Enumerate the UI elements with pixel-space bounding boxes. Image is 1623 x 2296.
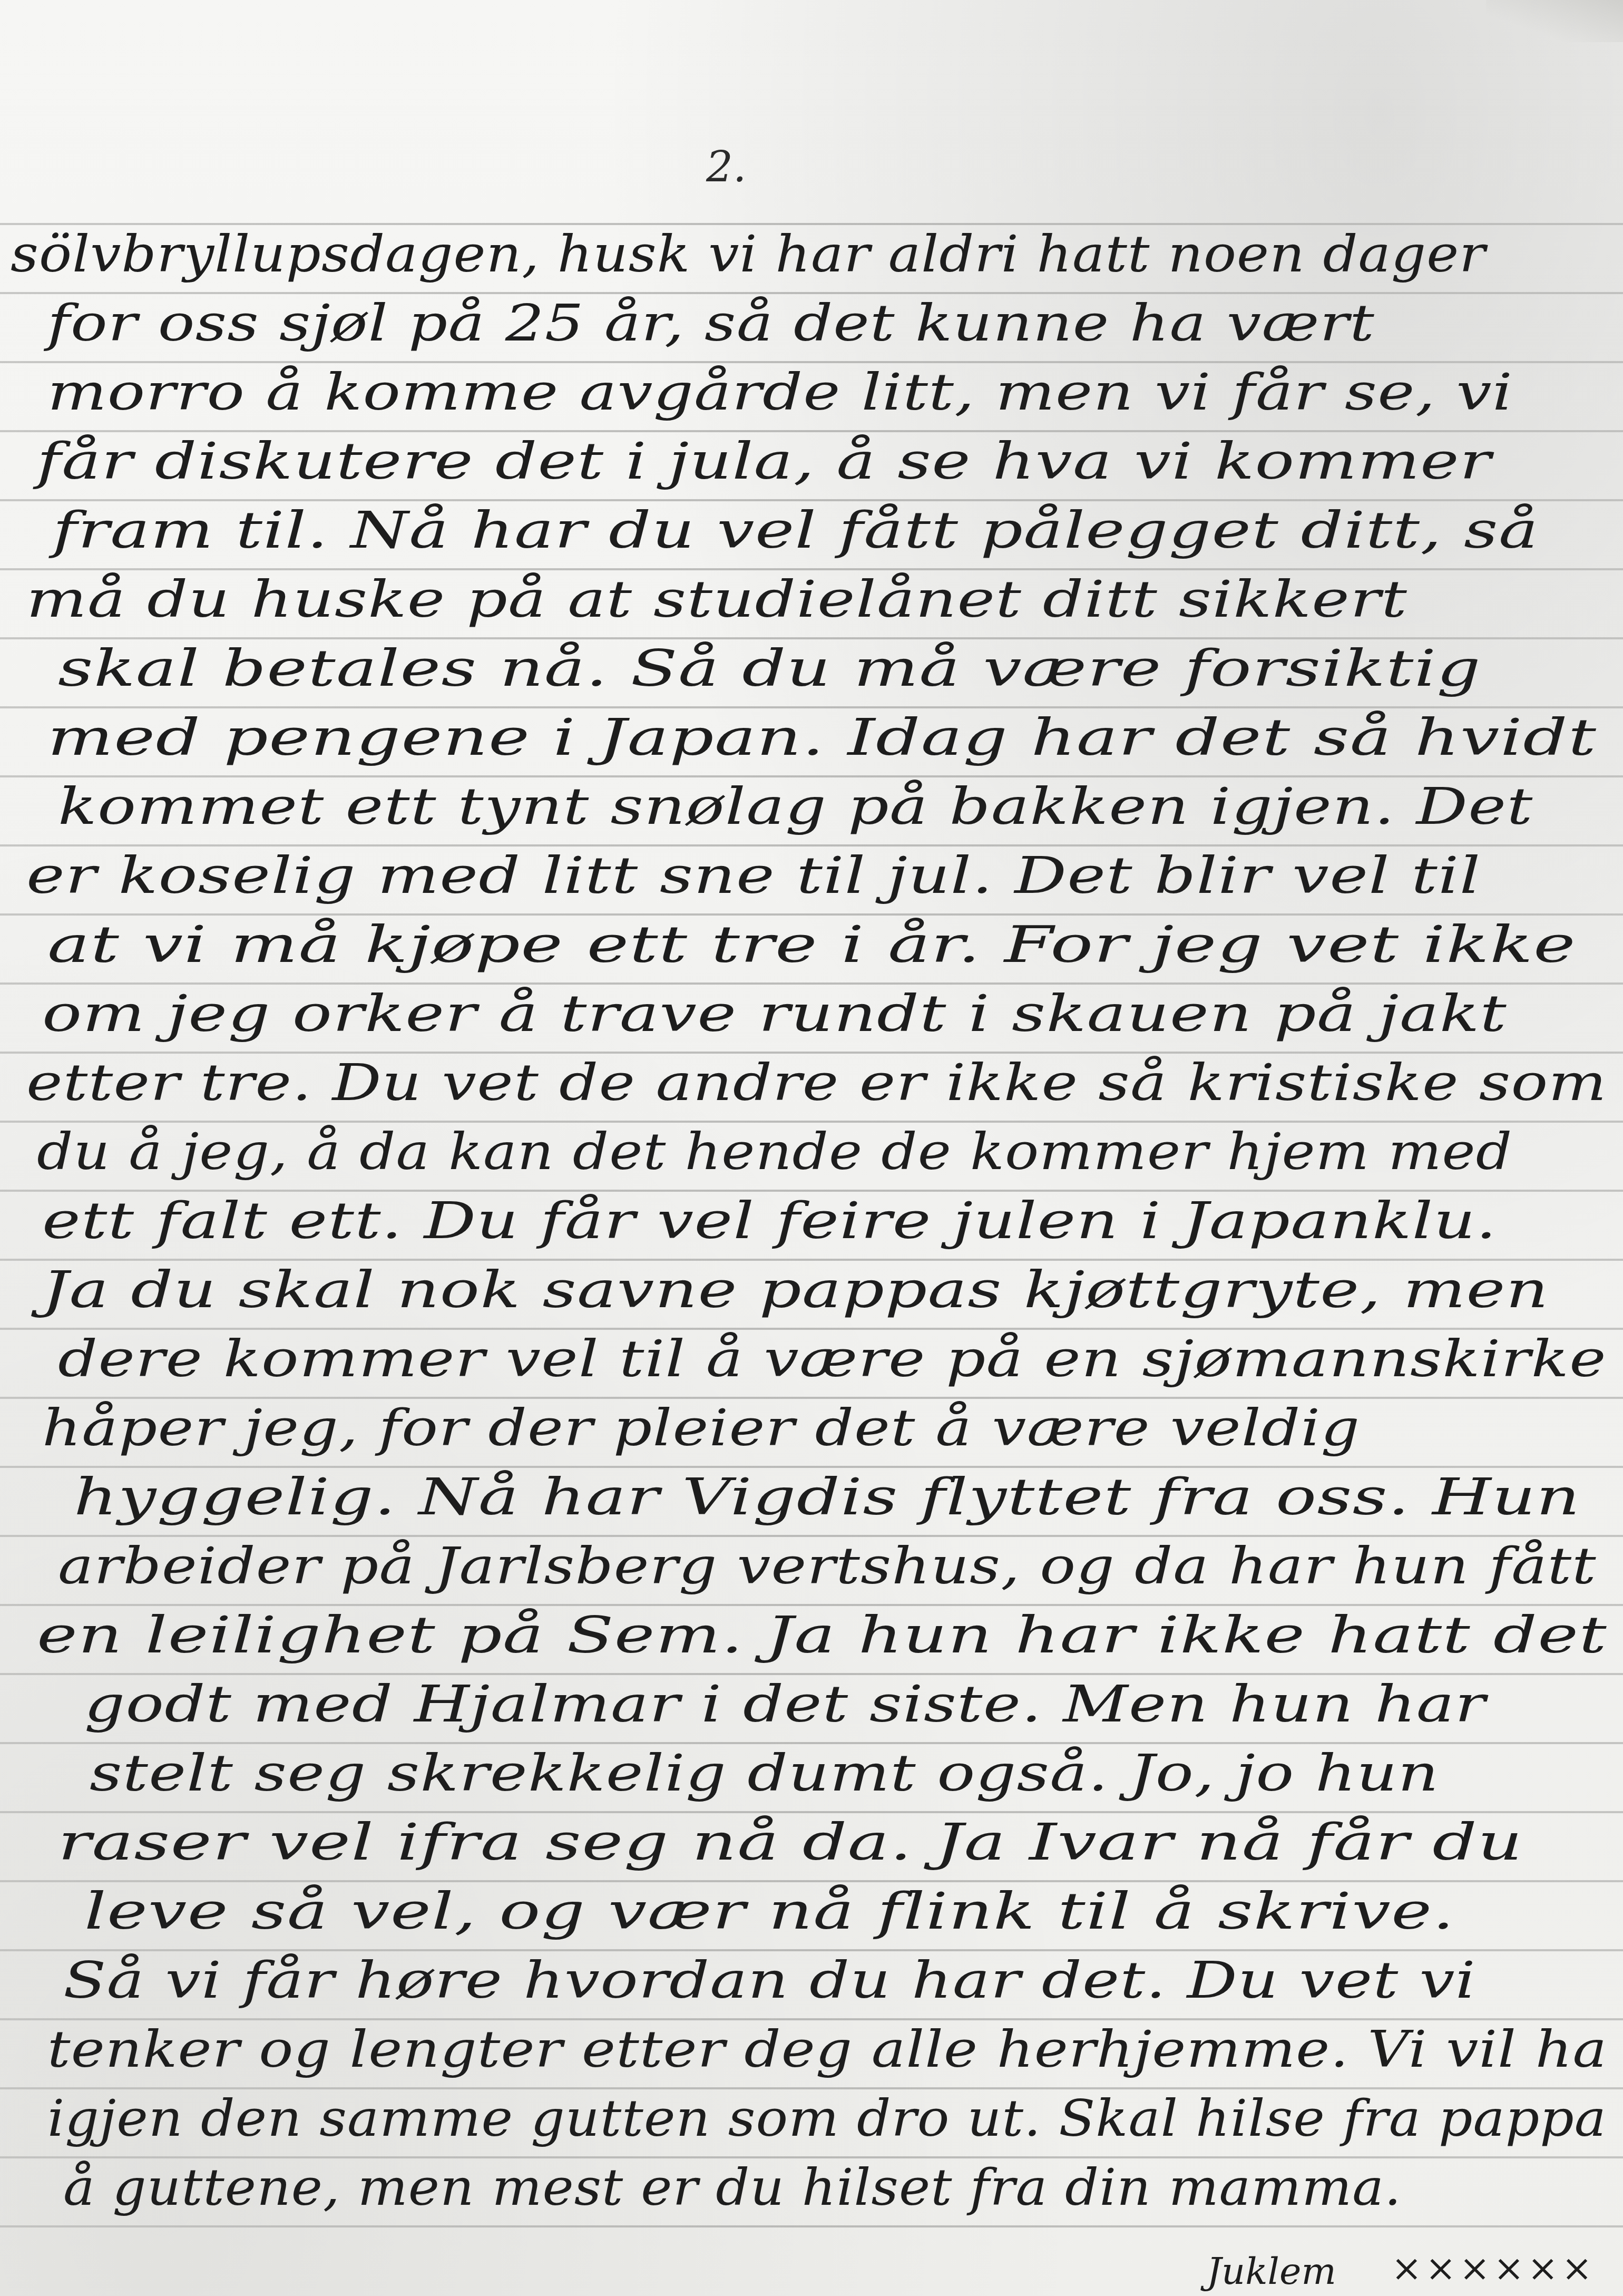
letter-line: Så vi får høre hvordan du har det. Du ve… [63, 1951, 1476, 2010]
letter-line: dere kommer vel til å være på en sjømann… [58, 1329, 1607, 1388]
letter-line: Ja du skal nok savne pappas kjøttgryte, … [42, 1260, 1549, 1319]
letter-line: morro å komme avgårde litt, men vi får s… [47, 363, 1513, 422]
letter-line: ett falt ett. Du får vel feire julen i J… [42, 1191, 1497, 1250]
letter-line: håper jeg, for der pleier det å være vel… [42, 1398, 1360, 1457]
letter-line: er koselig med litt sne til jul. Det bli… [26, 846, 1481, 905]
kisses: ×××××× [1391, 2246, 1596, 2290]
letter-line: leve så vel, og vær nå flink til å skriv… [84, 1882, 1455, 1941]
letter-line: sölvbryllupsdagen, husk vi har aldri hat… [11, 225, 1486, 284]
letter-line: en leilighet på Sem. Ja hun har ikke hat… [37, 1606, 1607, 1665]
folded-corner [1486, 0, 1623, 42]
page-number: 2. [706, 142, 746, 191]
letter-line: å guttene, men mest er du hilset fra din… [63, 2158, 1402, 2217]
letter-line: etter tre. Du vet de andre er ikke så kr… [26, 1053, 1607, 1112]
letter-line: om jeg orker å trave rundt i skauen på j… [42, 984, 1507, 1043]
letter-line: får diskutere det i jula, å se hva vi ko… [37, 432, 1492, 491]
letter-line: kommet ett tynt snølag på bakken igjen. … [58, 777, 1533, 836]
signature-flourish: Juklem [1207, 2250, 1336, 2293]
letter-line: må du huske på at studielånet ditt sikke… [26, 570, 1407, 629]
letter-line: raser vel ifra seg nå da. Ja Ivar nå får… [58, 1813, 1523, 1872]
letter-line: for oss sjøl på 25 år, så det kunne ha v… [47, 294, 1375, 353]
letter-line: stelt seg skrekkelig dumt også. Jo, jo h… [90, 1744, 1439, 1803]
letter-line: skal betales nå. Så du må være forsiktig [58, 639, 1481, 698]
letter-line: godt med Hjalmar i det siste. Men hun ha… [84, 1675, 1486, 1734]
letter-line: med pengene i Japan. Idag har det så hvi… [47, 708, 1597, 767]
letter-line: arbeider på Jarlsberg vertshus, og da ha… [58, 1536, 1597, 1595]
letter-line: du å jeg, å da kan det hende de kommer h… [37, 1122, 1512, 1181]
ruled-line [0, 2225, 1623, 2227]
letter-line: tenker og lengter etter deg alle herhjem… [47, 2020, 1607, 2079]
letter-line: at vi må kjøpe ett tre i år. For jeg vet… [47, 915, 1576, 974]
letter-line: igjen den samme gutten som dro ut. Skal … [47, 2089, 1607, 2148]
letter-line: fram til. Nå har du vel fått pålegget di… [53, 501, 1539, 560]
letter-page: 2. sölvbryllupsdagen, husk vi har aldri … [0, 0, 1623, 2296]
letter-line: hyggelig. Nå har Vigdis flyttet fra oss.… [74, 1467, 1580, 1526]
